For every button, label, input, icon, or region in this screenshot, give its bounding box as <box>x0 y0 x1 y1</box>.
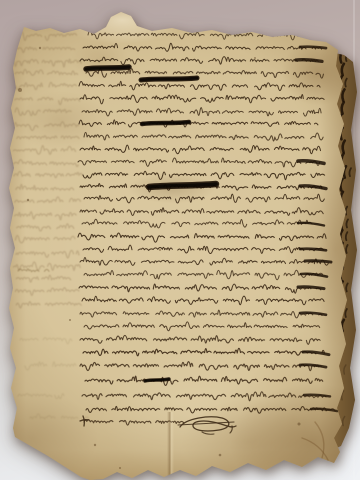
bottom-fold-crease <box>167 412 174 480</box>
handwriting-svg <box>0 0 360 480</box>
manuscript-page <box>0 0 360 480</box>
main-ink <box>18 22 337 470</box>
paper-stack <box>0 0 360 480</box>
bleedthrough-ink <box>13 32 88 419</box>
photo-backdrop <box>0 0 360 480</box>
